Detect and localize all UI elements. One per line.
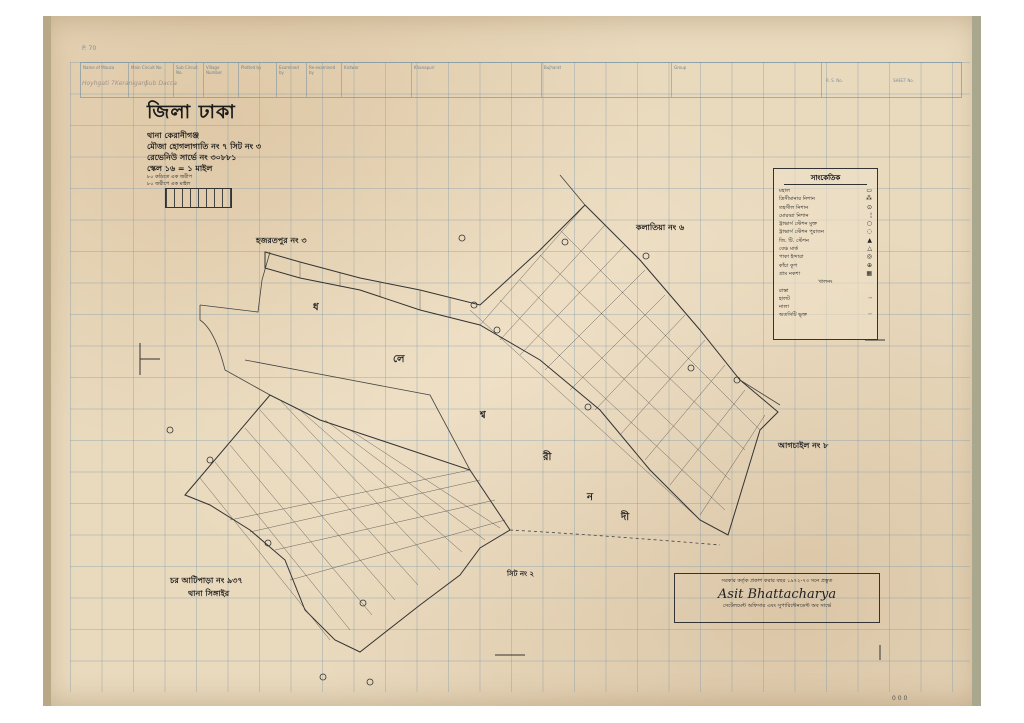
adjacent-mauza-kalatia: কলাতিয়া নং ৬ (636, 222, 684, 235)
header-value-sub: Sub Dacca (145, 80, 177, 87)
river-label-3: শ্ব (480, 408, 486, 425)
river-label-6: দী (621, 510, 629, 527)
square-mark-icon: ¦ (870, 212, 872, 220)
legend-title: সাংকেতিক (784, 172, 867, 185)
adjacent-mauza-char-atipara: চর আটিপাড়া নং ৯৩৭ (170, 575, 243, 588)
legend-row: কাঁচা কূপ⊕ (774, 262, 877, 270)
legend-row: অতসিটি ভূক্ত┈ (774, 311, 877, 319)
river-label-2: লে (393, 352, 405, 369)
legend-row: মহাল▭ (774, 187, 877, 195)
halot-icon: ┄ (868, 295, 872, 303)
plot-block-south-west (185, 395, 510, 652)
village-site-icon: ▦ (866, 270, 872, 278)
legend-box: সাংকেতিক মহাল▭ ত্রিসীমানার নিশান⁂ তহসীল … (773, 168, 878, 340)
bench-mark-icon: △ (867, 245, 872, 253)
legend-row: মোরব্বা নিশান¦ (774, 212, 877, 220)
adjacent-thana-singair: থানা সিঙ্গাইর (188, 588, 229, 601)
corner-stamp: 0 0 0 (892, 695, 907, 702)
mahal-icon: ▭ (866, 187, 872, 195)
adjacent-mauza-agchail: আগচাইল নং ৮ (778, 440, 828, 453)
trijunction-icon: ⁂ (866, 195, 872, 203)
kacha-well-icon: ⊕ (867, 262, 872, 270)
dashed-line-icon: ┈ (868, 311, 872, 319)
river-label-1: ধ (313, 300, 319, 317)
legend-row: জি. টি. স্টেশন▲ (774, 237, 877, 245)
adjacent-sheet-2: সিট নং ২ (507, 568, 534, 580)
legend-row: ট্রাভার্স স্টেশন পুরাতন◌ (774, 228, 877, 236)
legend-row: খালনং (774, 278, 877, 286)
plot-lines-north-east (300, 205, 765, 520)
plot-block-north-east (265, 205, 778, 535)
legend-row: নালা (774, 303, 877, 311)
old-traverse-station-icon: ◌ (867, 228, 872, 236)
legend-row: হালট┄ (774, 295, 877, 303)
legend-row: রাস্তা (774, 287, 877, 295)
plot-lines-south-west (200, 400, 505, 640)
river-boundaries (200, 175, 780, 545)
certificate-box: সরকার কর্তৃক প্রকাশ করার বছর ১৯৭২-৭৩ সনে… (674, 573, 880, 623)
header-value-circuit: Keraniganj (115, 80, 147, 87)
gt-station-icon: ▲ (867, 237, 872, 245)
legend-row: পাকা ইন্দারা◎ (774, 253, 877, 261)
traverse-stations (167, 235, 740, 685)
river-label-4: রী (543, 450, 551, 467)
legend-row: তহসীল নিশান⊙ (774, 204, 877, 212)
legend-row: বেঞ্চ মার্ক△ (774, 245, 877, 253)
legend-row: ট্রাভার্স স্টেশন মুক্ত○ (774, 220, 877, 228)
legend-row: গ্রাম নকশা▦ (774, 270, 877, 278)
certificate-line-2: সেটেলমেন্ট অফিসার এবং সুপারিন্টেনডেন্ট অ… (675, 603, 879, 611)
river-label-5: ন (587, 490, 593, 507)
adjacent-mauza-hazratpur: হজরতপুর নং ৩ (256, 235, 307, 248)
traverse-station-icon: ○ (867, 220, 872, 228)
legend-row: ত্রিসীমানার নিশান⁂ (774, 195, 877, 203)
well-icon: ◎ (867, 253, 872, 261)
certificate-line-1: সরকার কর্তৃক প্রকাশ করার বছর ১৯৭২-৭৩ সনে… (675, 578, 879, 586)
header-value-mauza: Hoyhgati 7 (82, 80, 115, 87)
signature: Asit Bhattacharya (675, 587, 879, 602)
tahsil-mark-icon: ⊙ (867, 204, 872, 212)
